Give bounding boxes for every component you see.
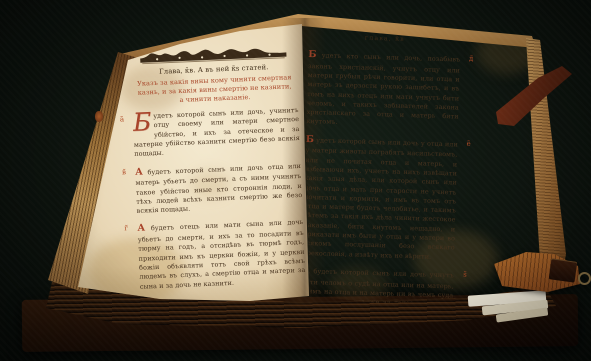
clasp-metal-tip <box>549 258 578 282</box>
red-initial: Б <box>306 134 315 145</box>
clasp-strap-lower <box>492 244 591 304</box>
margin-number: ѕ̃ <box>463 270 467 280</box>
photo-background: Глава, к̃в. А въ ней к̃ѕ статей. Указъ з… <box>0 0 591 361</box>
clasp-catch-pin <box>95 111 103 122</box>
article-2: в̃ А будетъ которой сынъ или дочь отца и… <box>135 158 303 216</box>
red-initial: А <box>137 223 145 234</box>
margin-number: д̃ <box>469 54 474 64</box>
running-head: глава, к̃в <box>309 33 461 46</box>
red-initial: А <box>135 166 143 177</box>
red-initial: Б <box>308 49 317 60</box>
margin-number: е̃ <box>466 138 471 148</box>
clasp-ring <box>578 272 591 285</box>
article-text: будетъ отецъ или мати сына или дочь убье… <box>138 218 306 290</box>
article-text: удетъ кто сынъ или дочь, позабывъ законъ… <box>306 51 460 126</box>
left-page-content: Глава, к̃в. А въ ней к̃ѕ статей. Указъ з… <box>130 44 306 298</box>
left-page: Глава, к̃в. А въ ней к̃ѕ статей. Указъ з… <box>70 20 315 306</box>
clasp-leather-strap <box>492 244 591 304</box>
article-1: а̃ Б удетъ которой сынъ или дочь, учинит… <box>133 106 301 159</box>
article-text: удетъ которой сынъ или дочь у отца или у… <box>302 136 458 260</box>
decree-title: Указъ за какія вины кому чинити смертная… <box>135 73 294 107</box>
margin-number: г̃ <box>124 224 128 234</box>
ornate-drop-cap: Б <box>133 112 154 133</box>
article-3: г̃ А будетъ отецъ или мати сына или дочь… <box>137 215 306 291</box>
right-page-content: глава, к̃в д̃ Б удетъ кто сынъ или дочь,… <box>300 33 461 337</box>
article-4: д̃ Б удетъ кто сынъ или дочь, позабывъ з… <box>306 48 460 131</box>
margin-number: в̃ <box>122 167 126 177</box>
article-text: будетъ которой сынъ или дочь отца или ма… <box>135 161 302 215</box>
article-5: е̃ Б удетъ которой сынъ или дочь у отца … <box>302 133 458 263</box>
margin-number: а̃ <box>120 114 125 124</box>
article-text: удетъ которой сынъ или дочь, учинитъ отц… <box>134 106 300 158</box>
